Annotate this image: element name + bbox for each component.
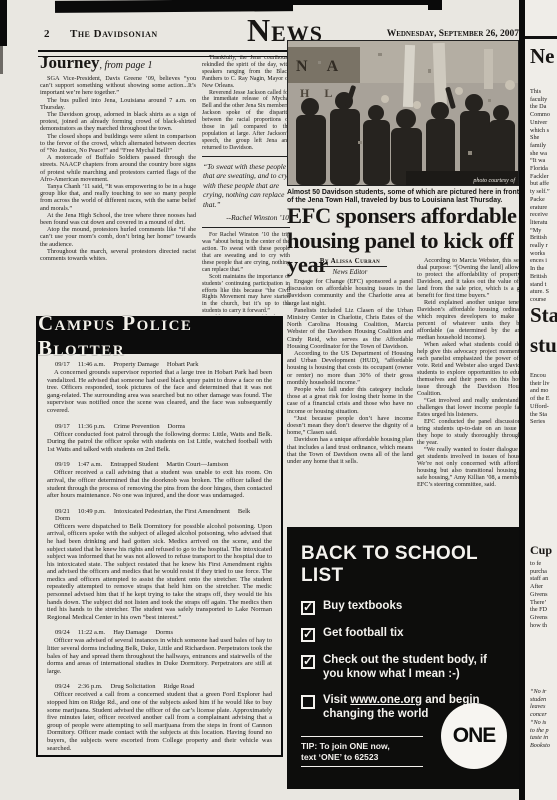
paragraph: Reid explained another unique tenet of D… <box>417 299 519 341</box>
svg-text:H L: H L <box>300 86 338 100</box>
paragraph: The bus pulled into Jena, Louisiana arou… <box>40 97 196 111</box>
svg-text:N A: N A <box>296 58 346 75</box>
entry-location: Ridge Road <box>164 683 195 690</box>
campus-police-blotter: Campus Police Blotter 09/1711:46 a.m.Pro… <box>36 316 283 757</box>
entry-time: 11:46 a.m. <box>78 361 105 368</box>
paragraph: According to the US Department of Housin… <box>287 350 413 386</box>
journey-article-title: Journey, from page 1 <box>40 53 152 73</box>
pull-quote-text: “To sweat with these people that are swe… <box>203 162 288 209</box>
entry-body: A concerned grounds supervisor reported … <box>47 369 272 415</box>
entry-body: Officers were dispatched to Belk Dormito… <box>47 523 272 622</box>
checked-checkbox-icon: ✓ <box>301 628 315 642</box>
byline-rule <box>313 266 387 267</box>
one-logo-text: ONE <box>453 724 496 748</box>
ad-checklist-item: ✓ Check out the student body, if you kno… <box>301 654 507 681</box>
entry-type: Drug Solicitation <box>111 683 156 690</box>
entry-type: Entrapped Student <box>110 461 158 468</box>
entry-type: Intoxicated Pedestrian, the First Amendm… <box>114 508 230 515</box>
photo-credit: photo courtesy of <box>473 178 515 184</box>
ad-item-label: Get football tix <box>323 627 404 641</box>
entry-type: Crime Prevention <box>114 423 160 430</box>
photo-illustration: N A H L <box>288 41 518 185</box>
ad-tip: TIP: To join ONE now, text ‘ONE’ to 6252… <box>301 736 423 767</box>
adjacent-text-fragment: Encou their liv and mo of the E Ufford- … <box>530 372 550 426</box>
paragraph: When asked what students could do to hel… <box>417 341 519 397</box>
paragraph: Thankfully, the Jena courthouse rekindle… <box>202 55 290 90</box>
newspaper-page: 2 The Davidsonian News Wednesday, Septem… <box>0 0 519 800</box>
blotter-entry: 09/191:47 a.m.Entrapped StudentMartin Co… <box>47 461 272 499</box>
paragraph: The closed shops and buildings were sile… <box>40 133 196 155</box>
journey-title-suffix: , from page 1 <box>100 60 153 71</box>
entry-time: 2:36 p.m. <box>78 683 103 690</box>
entry-location: Martin Court—Jamison <box>166 461 228 468</box>
checked-checkbox-icon: ✓ <box>301 601 315 615</box>
ad-checklist-item: ✓ Get football tix <box>301 627 507 641</box>
blotter-entry: 09/1711:36 p.m.Crime PreventionDorms Off… <box>47 423 272 454</box>
ad-item-label: Buy textbooks <box>323 600 402 614</box>
paragraph: “Get involved and really understand the … <box>417 397 519 418</box>
efc-byline: By Alissa Curran News Editor <box>287 257 413 276</box>
one-url-text: www.one.org <box>350 694 422 706</box>
paragraph: EFC conducted the panel discussion to br… <box>417 418 519 446</box>
paragraph: The Davidson group, adorned in black shi… <box>40 111 196 133</box>
paragraph: A motorcade of Buffalo Soldiers passed t… <box>40 154 196 183</box>
adjacent-headline: Sta <box>530 303 557 328</box>
paragraph: Tanya Chanh ’11 said, “It was empowering… <box>40 183 196 212</box>
adjacent-page-sliver: Ne This faculty the Da Commo Univer whic… <box>525 0 557 800</box>
entry-time: 11:22 a.m. <box>78 629 105 636</box>
scan-artifact <box>290 0 438 5</box>
newspaper-scan: 2 The Davidsonian News Wednesday, Septem… <box>0 0 557 800</box>
journey-column-2: Thankfully, the Jena courthouse rekindle… <box>202 55 290 315</box>
adjacent-rule <box>525 36 557 39</box>
ad-checklist-item: ✓ Buy textbooks <box>301 600 507 614</box>
entry-date: 09/17 <box>55 423 70 430</box>
ad-item-text: Visit <box>323 694 350 706</box>
entry-date: 09/17 <box>55 361 70 368</box>
entry-body: Officer received a call advising that a … <box>47 469 272 499</box>
paragraph: Throughout the march, several protestors… <box>40 248 196 262</box>
blotter-entries: 09/1711:46 a.m.Property DamageHobart Par… <box>38 354 281 767</box>
entry-type: Property Damage <box>113 361 159 368</box>
blotter-entry-header: 09/1711:46 a.m.Property DamageHobart Par… <box>47 361 272 368</box>
ad-item-label: Check out the student body, if you know … <box>323 654 507 681</box>
blotter-entry: 09/242:36 p.m.Drug SolicitationRidge Roa… <box>47 683 272 752</box>
blotter-entry-header: 09/242:36 p.m.Drug SolicitationRidge Roa… <box>47 683 272 690</box>
blotter-entry-header: 09/2411:22 a.m.Hay DamageDorms <box>47 629 272 636</box>
paragraph: Scott maintains the importance of studen… <box>202 274 290 315</box>
adjacent-headline: stu <box>530 333 557 358</box>
entry-location: Dorms <box>155 629 173 636</box>
blotter-entry-header: 09/191:47 a.m.Entrapped StudentMartin Co… <box>47 461 272 468</box>
pull-quote-attribution: --Rachel Winston ’10 <box>203 213 289 223</box>
scan-artifact <box>0 0 7 46</box>
checked-checkbox-icon: ✓ <box>301 655 315 669</box>
entry-body: Officer was advised of several instances… <box>47 637 272 675</box>
blotter-banner: Campus Police Blotter <box>38 318 281 354</box>
blotter-entry-header: 09/1711:36 p.m.Crime PreventionDorms <box>47 423 272 430</box>
efc-column-2: According to Marcia Webster, this serves… <box>417 257 519 525</box>
entry-body: Officer received a call from a concerned… <box>47 691 272 752</box>
scan-artifact <box>55 0 293 13</box>
entry-time: 10:49 p.m. <box>78 508 106 515</box>
paragraph: At the Jena High School, the tree where … <box>40 212 196 226</box>
one-advertisement: BACK TO SCHOOL LIST ✓ Buy textbooks ✓ Ge… <box>287 527 519 789</box>
paragraph: According to Marcia Webster, this serves… <box>417 257 519 299</box>
scan-artifact <box>428 0 442 10</box>
blotter-entry: 09/2411:22 a.m.Hay DamageDorms Officer w… <box>47 629 272 675</box>
adjacent-text-fragment: This faculty the Da Commo Univer which s… <box>530 88 550 304</box>
entry-date: 09/21 <box>55 508 70 515</box>
dateline: Wednesday, September 26, 2007 <box>340 29 519 39</box>
paragraph: “Just because people don’t have income d… <box>287 415 413 437</box>
adjacent-text-fragment: to fe purcha staff an After Givens There… <box>530 560 548 629</box>
unchecked-checkbox-icon <box>301 695 315 709</box>
ad-title: BACK TO SCHOOL LIST <box>301 543 507 587</box>
paragraph: “We really wanted to foster dialogue and… <box>417 446 519 488</box>
journey-column-1: SGA Vice-President, Davis Greene ’09, be… <box>40 75 196 313</box>
news-photo: N A H L <box>287 40 519 186</box>
journey-title-text: Journey <box>40 53 100 72</box>
paragraph: People who fall under this category incl… <box>287 386 413 415</box>
scan-artifact <box>0 46 3 74</box>
adjacent-text-fragment: “No ir studen leaves concer “No is to th… <box>530 688 550 750</box>
blotter-entry: 09/2110:49 p.m.Intoxicated Pedestrian, t… <box>47 508 272 622</box>
entry-date: 09/24 <box>55 629 70 636</box>
efc-column-1: Engage for Change (EFC) sponsored a pane… <box>287 278 413 524</box>
entry-type: Hay Damage <box>113 629 147 636</box>
paragraph: Davidson has a unique affordable housing… <box>287 436 413 465</box>
adjacent-headline: Ne <box>530 44 555 69</box>
byline-role: News Editor <box>287 268 413 276</box>
paragraph: Reverend Jesse Jackson called for the im… <box>202 90 290 152</box>
entry-date: 09/19 <box>55 461 70 468</box>
entry-time: 1:47 a.m. <box>78 461 102 468</box>
entry-date: 09/24 <box>55 683 70 690</box>
one-logo: ONE <box>441 703 507 769</box>
paper-name: The Davidsonian <box>70 28 158 40</box>
entry-time: 11:36 p.m. <box>78 423 106 430</box>
paragraph: Panelists included Liz Clasen of the Urb… <box>287 307 413 350</box>
paragraph: SGA Vice-President, Davis Greene ’09, be… <box>40 75 196 97</box>
entry-body: Officer conducted foot patrol through th… <box>47 431 272 454</box>
blotter-entry-header: 09/2110:49 p.m.Intoxicated Pedestrian, t… <box>47 508 272 522</box>
blotter-entry: 09/1711:46 a.m.Property DamageHobart Par… <box>47 361 272 415</box>
byline-name: By Alissa Curran <box>287 257 413 265</box>
page-number: 2 <box>44 28 50 40</box>
paragraph: Engage for Change (EFC) sponsored a pane… <box>287 278 413 307</box>
entry-location: Dorms <box>168 423 186 430</box>
pull-quote: “To sweat with these people that are swe… <box>202 156 290 229</box>
paragraph: Atop the mound, protestors hurled commen… <box>40 226 196 248</box>
entry-location: Hobart Park <box>167 361 199 368</box>
adjacent-headline: Cup <box>530 543 552 558</box>
paragraph: For Rachel Winston ’10 the trip was “abo… <box>202 232 290 273</box>
